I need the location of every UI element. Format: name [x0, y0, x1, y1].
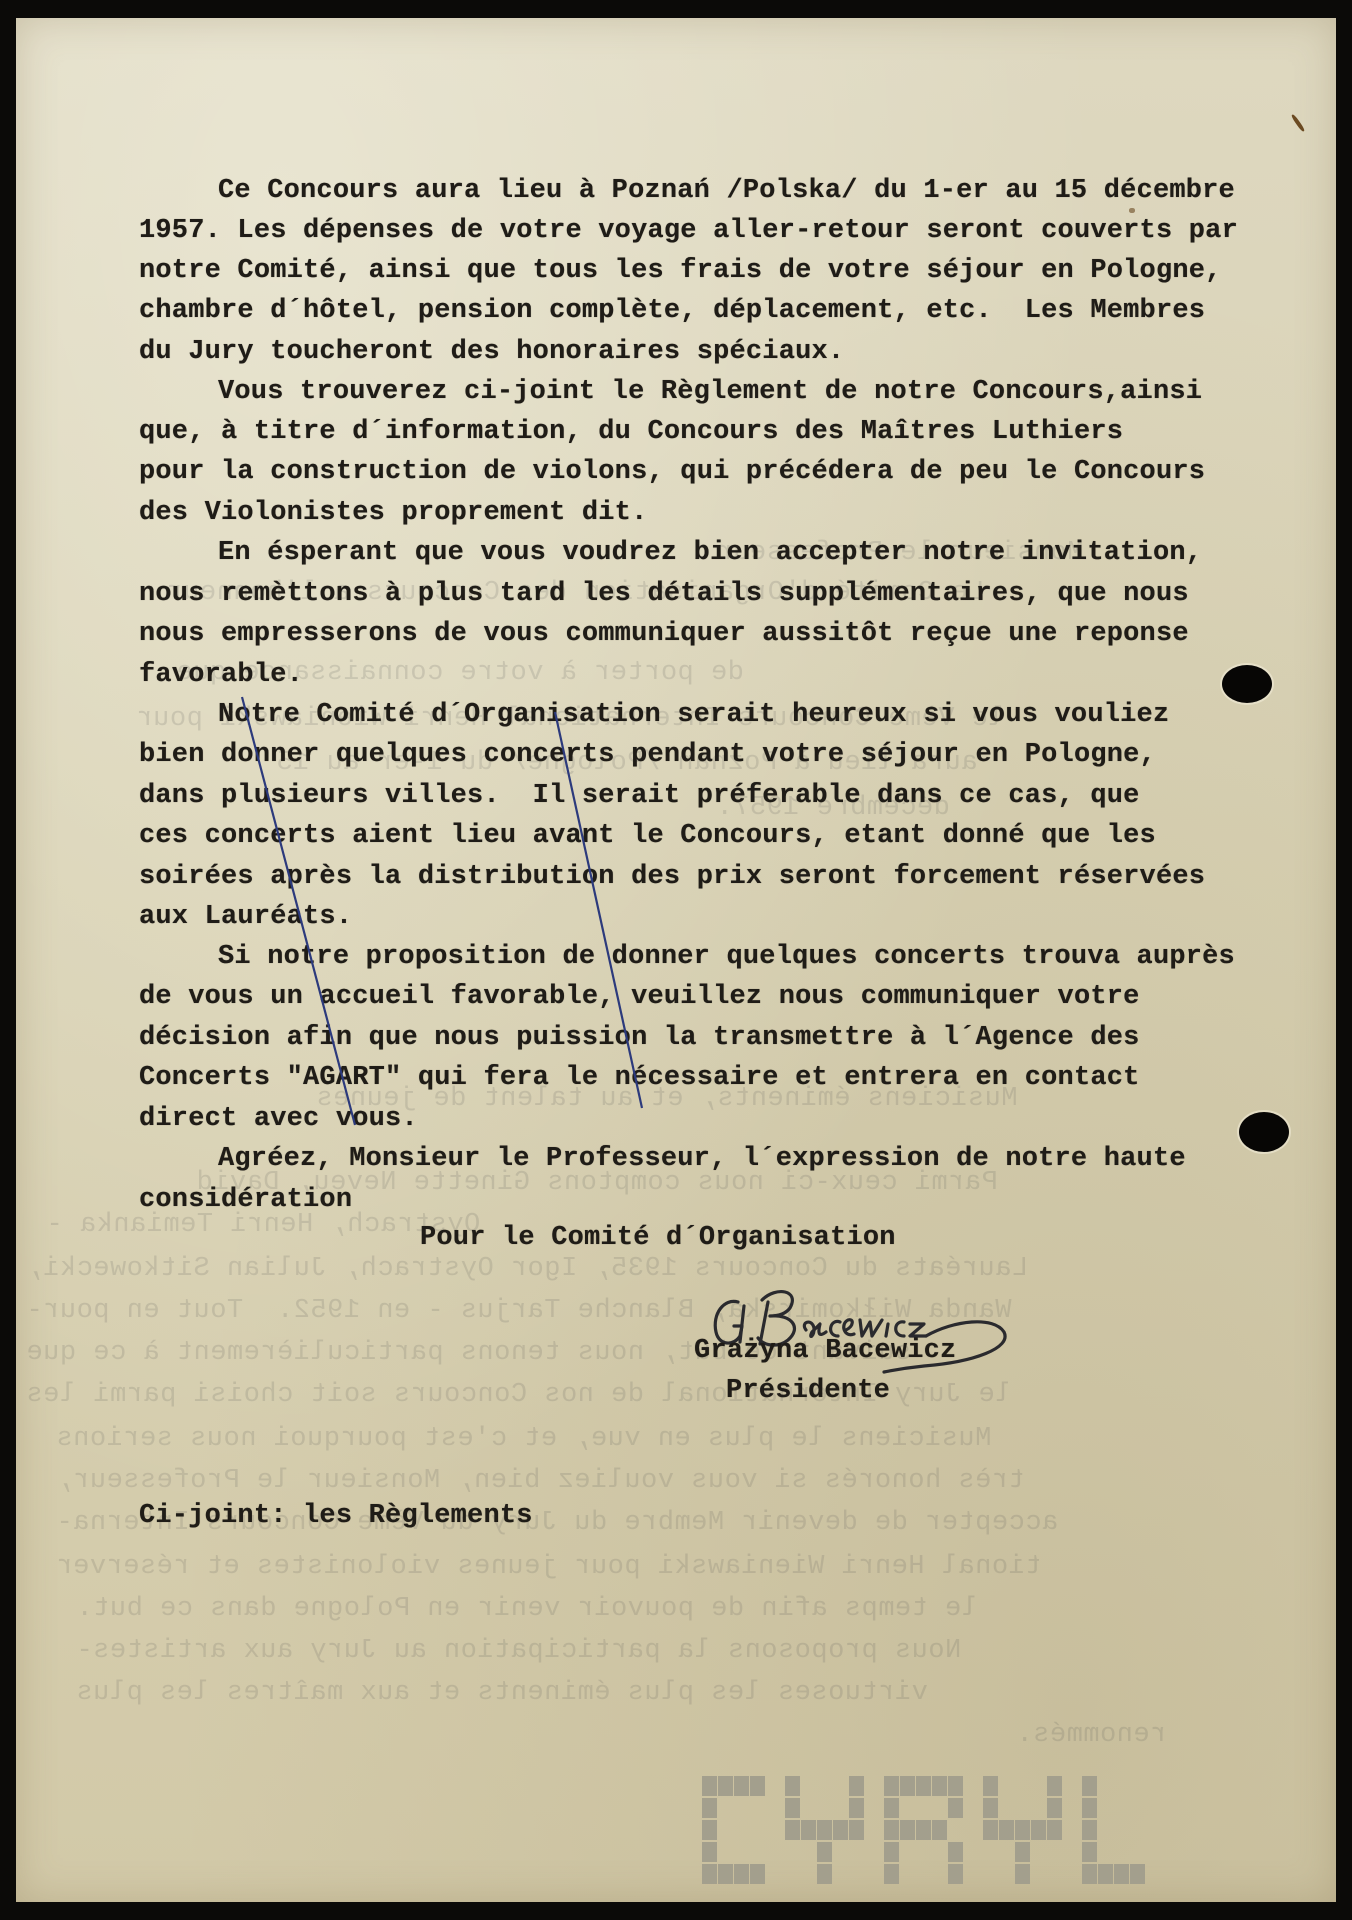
watermark-block — [833, 1820, 848, 1840]
watermark-block — [916, 1820, 931, 1840]
watermark-block — [702, 1864, 717, 1884]
watermark-block — [948, 1842, 963, 1862]
watermark-block — [817, 1820, 832, 1840]
watermark-block — [1015, 1842, 1030, 1862]
watermark-block — [884, 1842, 899, 1862]
watermark-block — [718, 1776, 733, 1796]
watermark-block — [785, 1798, 800, 1818]
watermark-block — [1098, 1864, 1113, 1884]
watermark-block — [1130, 1864, 1145, 1884]
watermark-block — [1015, 1864, 1030, 1884]
watermark-block — [702, 1842, 717, 1862]
watermark-block — [948, 1798, 963, 1818]
watermark-block — [1082, 1864, 1097, 1884]
watermark-block — [1082, 1842, 1097, 1862]
blue-pencil-marks — [16, 18, 1336, 1902]
watermark-block — [916, 1776, 931, 1796]
pencil-stroke-left — [242, 697, 355, 1125]
watermark-block — [734, 1776, 749, 1796]
watermark-block — [983, 1820, 998, 1840]
watermark-block — [1031, 1820, 1046, 1840]
watermark-block — [884, 1864, 899, 1884]
watermark-block — [983, 1798, 998, 1818]
watermark-block — [849, 1798, 864, 1818]
watermark-block — [948, 1776, 963, 1796]
stain-mark — [1129, 208, 1135, 213]
letter-page: Monsieur le Professeur Le Comité d'Organ… — [16, 18, 1336, 1902]
watermark-block — [1082, 1776, 1097, 1796]
watermark-block — [1047, 1820, 1062, 1840]
watermark-block — [1047, 1776, 1062, 1796]
pencil-stroke-right — [555, 712, 642, 1108]
watermark-block — [1082, 1798, 1097, 1818]
watermark-block — [817, 1842, 832, 1862]
watermark-block — [1047, 1798, 1062, 1818]
watermark-block — [900, 1776, 915, 1796]
watermark-block — [785, 1776, 800, 1796]
watermark-block — [750, 1776, 765, 1796]
punch-hole — [1222, 665, 1272, 703]
watermark-block — [884, 1776, 899, 1796]
watermark-block — [948, 1864, 963, 1884]
watermark-block — [932, 1820, 947, 1840]
watermark-block — [900, 1820, 915, 1840]
watermark-block — [750, 1864, 765, 1884]
watermark-block — [702, 1798, 717, 1818]
watermark-block — [983, 1776, 998, 1796]
watermark-block — [1114, 1864, 1129, 1884]
watermark-block — [1082, 1820, 1097, 1840]
watermark-block — [932, 1776, 947, 1796]
watermark-block — [734, 1864, 749, 1884]
watermark-block — [849, 1776, 864, 1796]
watermark-block — [785, 1820, 800, 1840]
punch-hole — [1239, 1112, 1289, 1152]
watermark-block — [884, 1820, 899, 1840]
watermark-block — [849, 1820, 864, 1840]
watermark-block — [702, 1776, 717, 1796]
watermark-block — [817, 1864, 832, 1884]
watermark-block — [718, 1864, 733, 1884]
watermark-block — [801, 1820, 816, 1840]
watermark-block — [999, 1820, 1014, 1840]
watermark-block — [1015, 1820, 1030, 1840]
watermark-block — [702, 1820, 717, 1840]
watermark-block — [884, 1798, 899, 1818]
